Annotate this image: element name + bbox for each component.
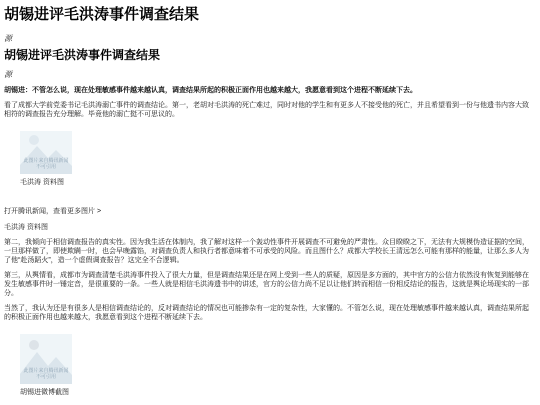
- figure-weibo-screenshot: 此图片来自腾讯新闻 不可引用 胡锡进微博截图: [20, 334, 535, 397]
- paragraph-4: 当然了，我认为还是有很多人是相信调查结论的，反对调查结论的情况也可能掺杂有一定的…: [4, 304, 535, 322]
- placeholder-notice: 此图片来自腾讯新闻 不可引用: [20, 368, 72, 380]
- article-page: 胡锡进评毛洪涛事件调查结果 源 胡锡进评毛洪涛事件调查结果 源 胡锡进：不管怎么…: [0, 0, 540, 397]
- source-mark: 源: [4, 69, 535, 80]
- paragraph-1: 看了成都大学前党委书记毛洪涛溺亡事件的调查结论。第一，老胡对毛洪涛的死亡难过，同…: [4, 101, 535, 119]
- placeholder-notice-line2: 不可引用: [20, 164, 72, 170]
- figure-maohongtao: 此图片来自腾讯新闻 不可引用 毛洪涛 资料图: [20, 131, 535, 187]
- image-caption-repeat: 毛洪涛 资料图: [4, 223, 535, 232]
- placeholder-notice-line1: 此图片来自腾讯新闻: [20, 368, 72, 374]
- image-caption: 胡锡进微博截图: [20, 387, 535, 397]
- lead-paragraph: 胡锡进：不管怎么说，现在处理敏感事件越来越认真，调查结果所起的积极正面作用也越来…: [4, 86, 535, 95]
- open-tencent-news-link[interactable]: 打开腾讯新闻，查看更多图片 >: [4, 207, 535, 216]
- broken-image-placeholder: 此图片来自腾讯新闻 不可引用: [20, 334, 72, 384]
- paragraph-3: 第三，从舆情看，成都市为调查清楚毛洪涛事件投入了很大力量，但是调查结果还是在网上…: [4, 271, 535, 298]
- placeholder-notice-line2: 不可引用: [20, 374, 72, 380]
- article-title: 胡锡进评毛洪涛事件调查结果: [4, 6, 535, 23]
- source-mark: 源: [4, 33, 535, 44]
- paragraph-2: 第二，我倾向于相信调查报告的真实性。因为我生活在体制内，我了解对这样一个轰动性事…: [4, 238, 535, 265]
- placeholder-notice: 此图片来自腾讯新闻 不可引用: [20, 158, 72, 170]
- placeholder-notice-line1: 此图片来自腾讯新闻: [20, 158, 72, 164]
- image-caption: 毛洪涛 资料图: [20, 177, 535, 187]
- broken-image-placeholder: 此图片来自腾讯新闻 不可引用: [20, 131, 72, 174]
- article-subtitle: 胡锡进评毛洪涛事件调查结果: [4, 48, 535, 62]
